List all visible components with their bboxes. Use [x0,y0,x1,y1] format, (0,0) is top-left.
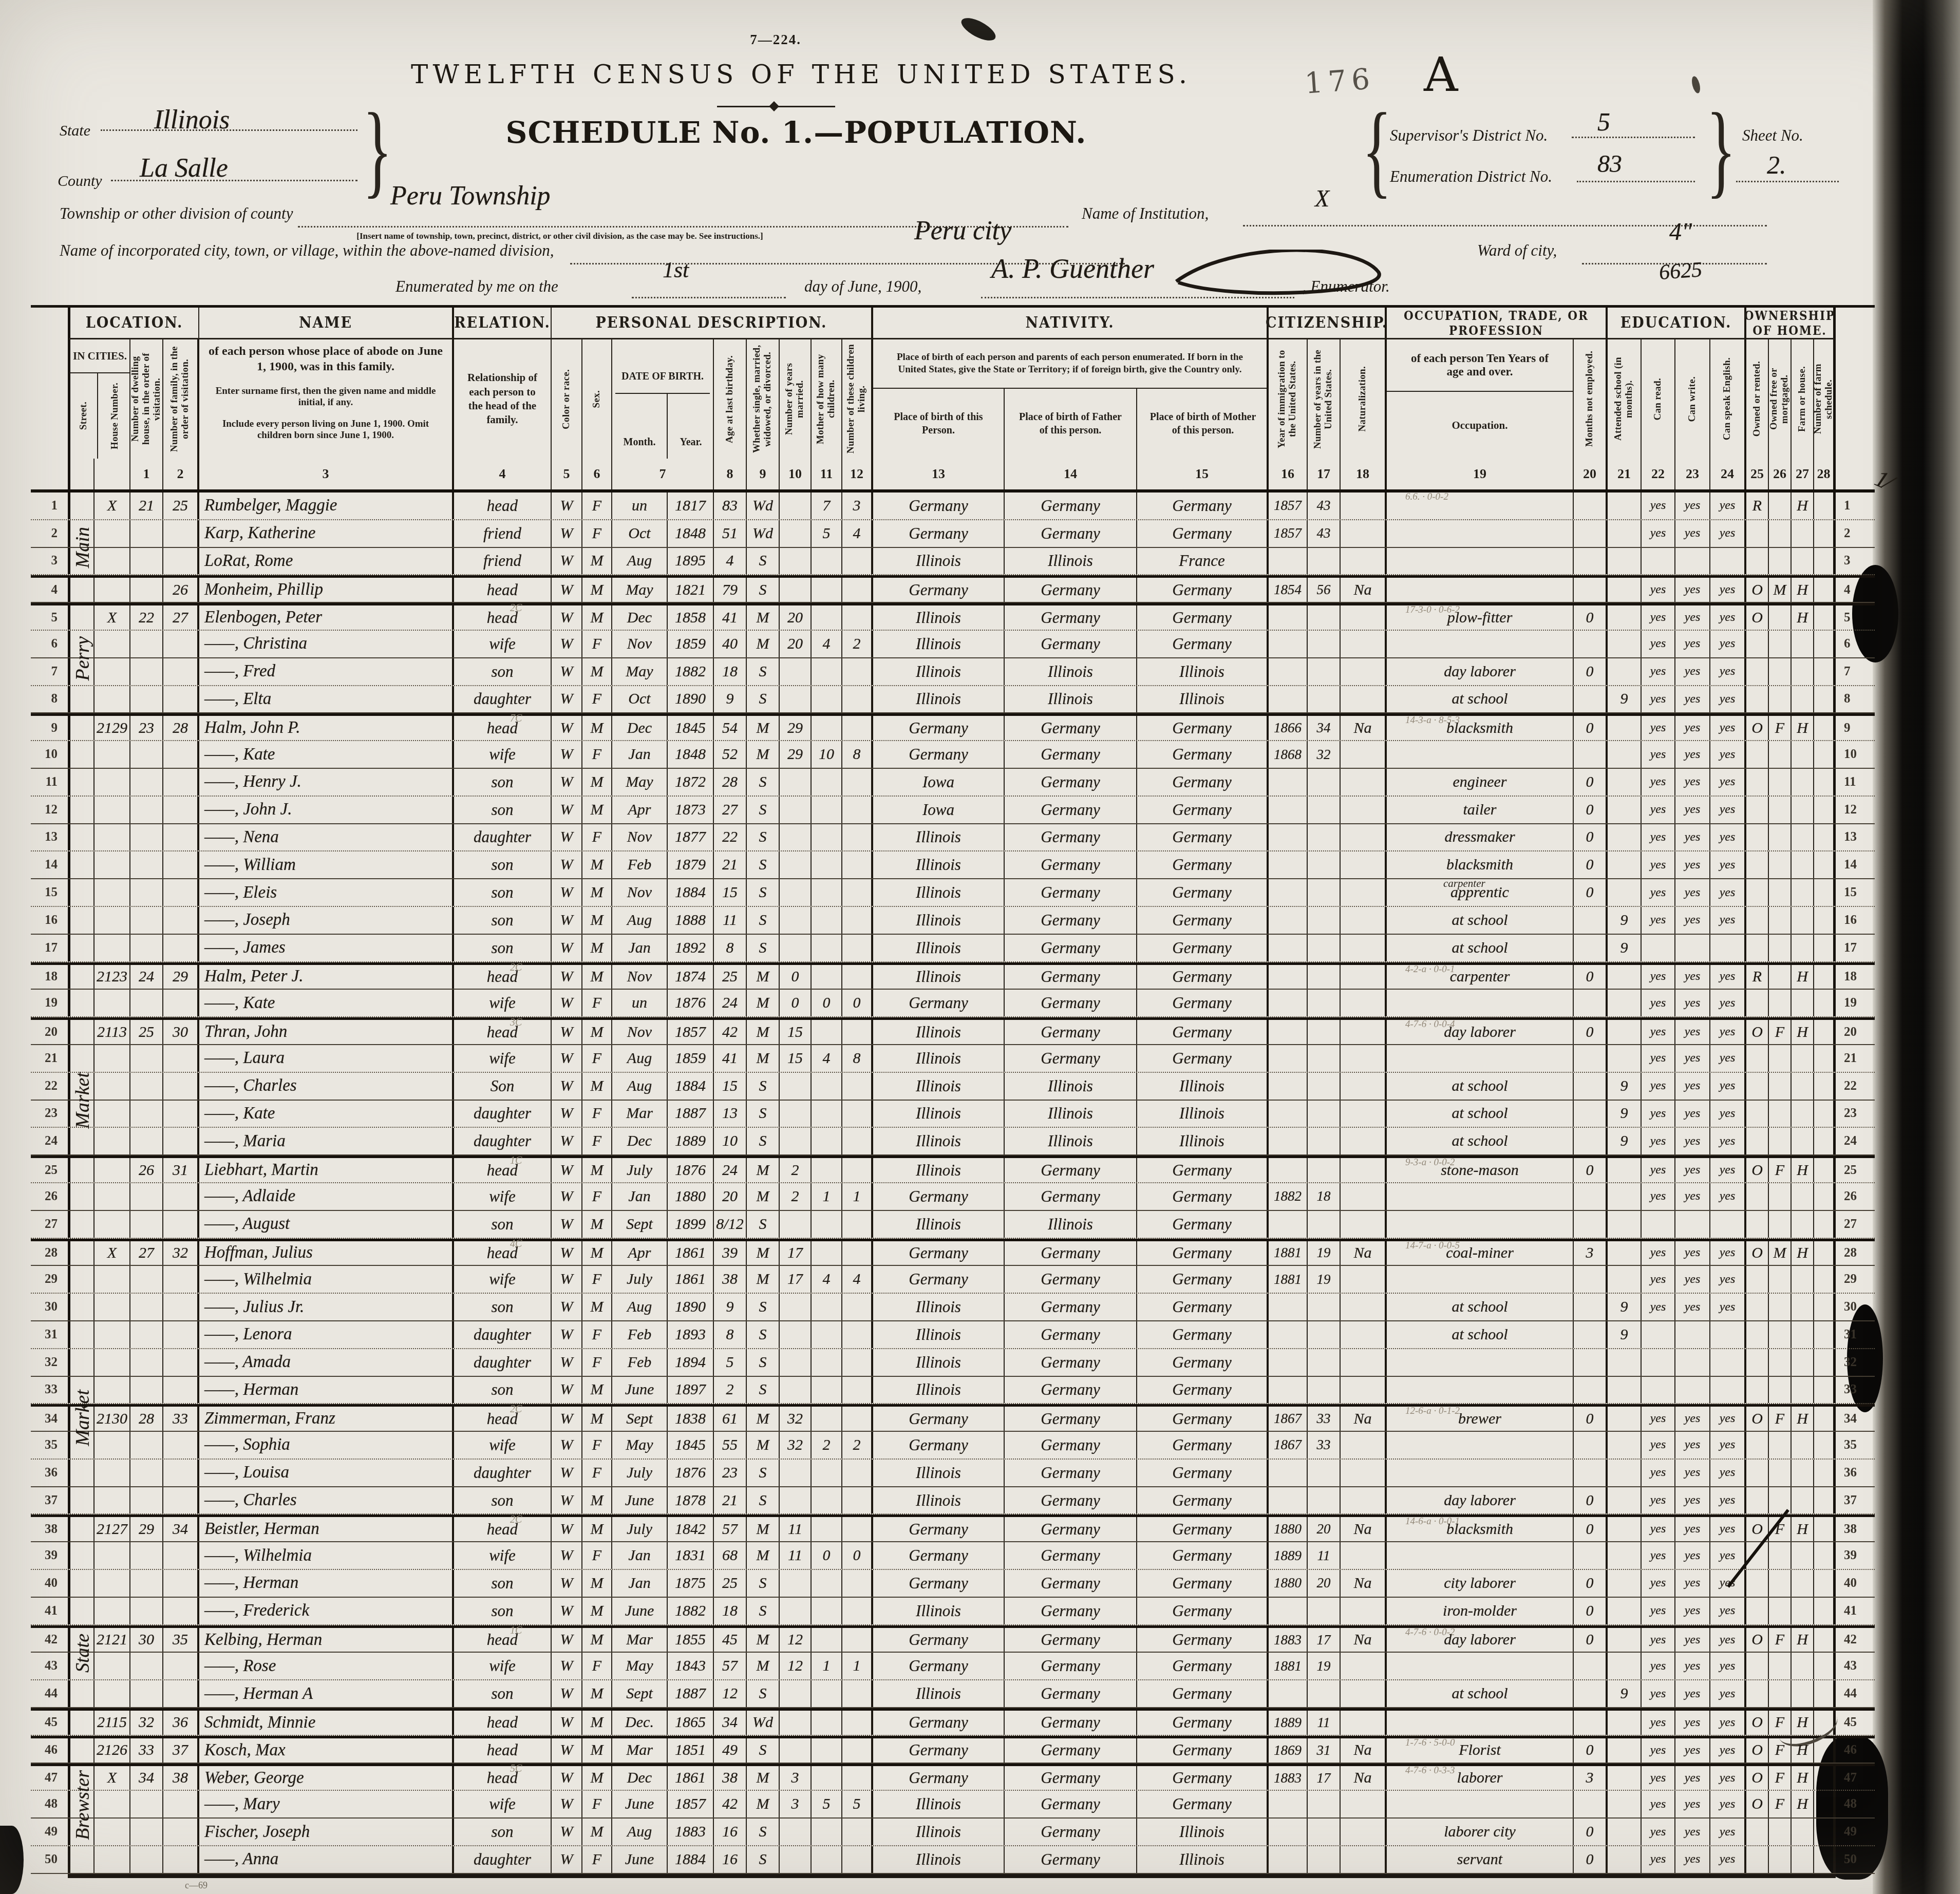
cell-mother-of [812,1020,842,1044]
cell-can-write: yes [1675,1738,1710,1763]
cell-race: W [552,741,582,768]
cell-occupation [1387,1791,1574,1817]
cell-farm-house [1792,1266,1814,1293]
cell-occupation: at school [1387,1101,1574,1127]
cell-can-read: yes [1642,879,1675,906]
cell-marital-status: S [747,1321,780,1348]
cell-mother-of [812,1211,842,1238]
cell-owned-rented: O [1746,1791,1769,1817]
cell-name: Halm, John P. [199,716,454,740]
cell-sex: M [582,935,612,961]
cell-mother-of [812,965,842,989]
cell-children-living [842,1128,873,1154]
cell-birth-month: un [612,990,668,1016]
cell-marital-status: M [747,1241,780,1265]
cell-street [68,1241,95,1265]
cell-relation: wife [454,741,552,768]
cell-pob-mother: Illinois [1137,1846,1269,1873]
cell-children-living [842,548,873,575]
cell-years-in-us: 33 [1308,1407,1341,1431]
cell-house-number [95,1128,130,1154]
cell-naturalization [1341,1711,1387,1735]
cell-relation: 2Chead [454,605,552,630]
cell-naturalization [1341,658,1387,685]
cell-birth-year: 1884 [668,1846,714,1873]
cell-age: 57 [714,1653,747,1679]
cell-mother-of [812,1321,842,1348]
cell-house-number [95,824,130,851]
cell-speaks-english: yes [1710,741,1746,768]
cell-speaks-english: yes [1710,1791,1746,1817]
col-mother-of-label: Mother of how many children. [812,339,841,459]
cell-race: W [552,1487,582,1514]
group-education: EDUCATION. [1608,308,1746,339]
cell-age: 61 [714,1407,747,1431]
cell-race: W [552,1020,582,1044]
cell-pob-mother: Germany [1137,1570,1269,1597]
cell-dwelling: 33 [130,1738,163,1763]
cell-years-married: 12 [780,1653,812,1679]
in-cities-label: IN CITIES. [70,339,129,373]
cell-street [68,935,95,961]
cell-age: 57 [714,1517,747,1541]
cell-owned-rented [1746,879,1769,906]
cell-dwelling [130,658,163,685]
cell-family [163,1791,199,1817]
cell-months-not-employed: 0 [1574,1158,1608,1182]
cell-speaks-english: yes [1710,1241,1746,1265]
cell-occupation: 9-3-a · 0-0-2stone-mason [1387,1158,1574,1182]
cell-pob-mother: Germany [1137,1266,1269,1293]
cell-dwelling [130,1598,163,1624]
cell-naturalization [1341,965,1387,989]
table-row: 19 ——, Kate wife W F un 1876 24 M 0 0 0 … [31,990,1875,1017]
cell-birth-month: May [612,769,668,796]
cell-marital-status: M [747,1653,780,1679]
cell-can-write: yes [1675,493,1710,519]
cell-age: 55 [714,1432,747,1459]
cell-free-mortgaged [1769,965,1792,989]
cell-pob-mother: Germany [1137,1542,1269,1569]
cell-farm-schedule [1814,1766,1836,1790]
cell-sex: F [582,824,612,851]
cell-children-living [842,1711,873,1735]
cell-occupation [1387,520,1574,547]
cell-relation: wife [454,1045,552,1072]
ornament-diamond [769,101,779,111]
cell-can-write [1675,1377,1710,1404]
cell-dwelling [130,797,163,823]
cell-marital-status: M [747,605,780,630]
cell-sex: M [582,1407,612,1431]
colnum: 4 [454,459,552,489]
cell-house-number [95,1294,130,1320]
cell-mother-of: 5 [812,520,842,547]
cell-relation: son [454,851,552,878]
cell-farm-house [1792,1183,1814,1210]
cell-years-in-us: 19 [1308,1653,1341,1679]
cell-birth-month: Nov [612,879,668,906]
cell-attended-school [1608,741,1642,768]
cell-pob-father: Illinois [1005,1211,1137,1238]
cell-race: W [552,1128,582,1154]
cell-marital-status: M [747,1158,780,1182]
cell-family: 27 [163,605,199,630]
cell-immigration-year [1269,658,1308,685]
cell-attended-school [1608,1266,1642,1293]
cell-farm-schedule [1814,879,1836,906]
cell-free-mortgaged [1769,1128,1792,1154]
cell-years-married: 29 [780,716,812,740]
cell-dwelling [130,1542,163,1569]
cell-occupation: 17-3-0 · 0-6-2plow-fitter [1387,605,1574,630]
cell-pob-mother: Germany [1137,1711,1269,1735]
cell-birth-year: 1876 [668,1158,714,1182]
cell-farm-schedule [1814,1460,1836,1486]
cell-age: 41 [714,1045,747,1072]
cell-age: 9 [714,1294,747,1320]
cell-relation: son [454,1570,552,1597]
cell-race: W [552,1321,582,1348]
cell-mother-of [812,1407,842,1431]
cell-race: W [552,1266,582,1293]
group-personal-description: PERSONAL DESCRIPTION. [552,308,873,339]
cell-marital-status: S [747,1738,780,1763]
cell-free-mortgaged [1769,1349,1792,1376]
cell-occupation: day laborer [1387,1487,1574,1514]
cell-mother-of [812,605,842,630]
cell-immigration-year: 1883 [1269,1628,1308,1652]
cell-name: ——, Herman [199,1377,454,1404]
cell-race: W [552,1598,582,1624]
cell-attended-school [1608,716,1642,740]
cell-pob-father: Germany [1005,1570,1137,1597]
cell-mother-of [812,658,842,685]
cell-age: 68 [714,1542,747,1569]
cell-marital-status: M [747,1432,780,1459]
cell-pob-mother: Illinois [1137,1073,1269,1100]
cell-birth-year: 1876 [668,990,714,1016]
cell-house-number [95,1598,130,1624]
cell-can-write [1675,1321,1710,1348]
cell-owned-rented [1746,1128,1769,1154]
cell-age: 54 [714,716,747,740]
cell-name: Weber, George [199,1766,454,1790]
cell-house-number: X [95,605,130,630]
cell-race: W [552,965,582,989]
cell-free-mortgaged: F [1769,1628,1792,1652]
cell-immigration-year [1269,631,1308,657]
cell-can-read: yes [1642,1711,1675,1735]
cell-mother-of: 1 [812,1653,842,1679]
cell-can-write: yes [1675,1294,1710,1320]
cell-naturalization [1341,520,1387,547]
cell-farm-house [1792,769,1814,796]
cell-marital-status: M [747,631,780,657]
cell-years-married [780,1377,812,1404]
cell-years-in-us: 11 [1308,1711,1341,1735]
cell-years-in-us [1308,879,1341,906]
cell-sex: M [582,797,612,823]
cell-years-in-us [1308,1020,1341,1044]
table-row: 10 ——, Kate wife W F Jan 1848 52 M 29 10… [31,741,1875,769]
cell-can-read: yes [1642,990,1675,1016]
cell-sex: F [582,1791,612,1817]
cell-birth-month: Nov [612,631,668,657]
cell-farm-house [1792,907,1814,934]
cell-dwelling [130,1653,163,1679]
cell-naturalization: Na [1341,1517,1387,1541]
cell-birth-month: Apr [612,1241,668,1265]
cell-speaks-english: yes [1710,1598,1746,1624]
cell-pob-mother: France [1137,548,1269,575]
cell-attended-school [1608,658,1642,685]
cell-marital-status: M [747,1266,780,1293]
cell-occupation: city laborer [1387,1570,1574,1597]
city-label: Name of incorporated city, town, or vill… [60,241,554,260]
cell-house-number [95,1377,130,1404]
table-row: 20 2113 25 30 Thran, John 3Chead W M Nov… [31,1017,1875,1045]
cell-mother-of: 0 [812,1542,842,1569]
cell-name: ——, Louisa [199,1460,454,1486]
cell-dwelling [130,769,163,796]
cell-years-married [780,548,812,575]
cell-can-write: yes [1675,1183,1710,1210]
cell-can-write: yes [1675,1791,1710,1817]
cell-attended-school: 9 [1608,907,1642,934]
cell-free-mortgaged [1769,990,1792,1016]
cell-free-mortgaged [1769,1570,1792,1597]
colnum: 14 [1005,459,1137,489]
cell-name: LoRat, Rome [199,548,454,575]
enumeration-day-value: 1st [663,257,689,283]
cell-family: 25 [163,493,199,519]
cell-years-married [780,1321,812,1348]
cell-mother-of [812,1460,842,1486]
ward-label: Ward of city, [1477,241,1557,260]
cell-naturalization [1341,548,1387,575]
cell-pob: Illinois [873,824,1005,851]
cell-occupation: 6.6. · 0-0-2 [1387,493,1574,519]
cell-occupation [1387,631,1574,657]
sheet-no-label: Sheet No. [1742,126,1803,145]
cell-years-married [780,1846,812,1873]
cell-farm-house [1792,1321,1814,1348]
cell-marital-status: S [747,1073,780,1100]
cell-owned-rented: O [1746,1158,1769,1182]
ink-smudge [958,13,998,45]
cell-farm-house [1792,1349,1814,1376]
cell-farm-schedule [1814,1101,1836,1127]
cell-family [163,851,199,878]
cell-farm-schedule [1814,824,1836,851]
cell-free-mortgaged [1769,658,1792,685]
cell-can-write [1675,935,1710,961]
cell-house-number [95,1266,130,1293]
group-nativity: NATIVITY. [873,308,1269,339]
cell-marital-status: S [747,1570,780,1597]
cell-immigration-year [1269,1349,1308,1376]
colnum: 23 [1675,459,1710,489]
cell-naturalization [1341,1377,1387,1404]
table-body: 1 X 21 25 Rumbelger, Maggie head W F un … [31,493,1875,1874]
cell-dwelling [130,548,163,575]
cell-relation: daughter [454,1321,552,1348]
cell-pob-father: Germany [1005,1711,1137,1735]
col-read-label: Can read. [1642,339,1674,459]
cell-family [163,1598,199,1624]
cell-immigration-year: 1867 [1269,1407,1308,1431]
cell-immigration-year [1269,1487,1308,1514]
cell-age: 8/12 [714,1211,747,1238]
cell-house-number: X [95,1766,130,1790]
cell-farm-house [1792,1294,1814,1320]
cell-farm-house [1792,935,1814,961]
cell-years-in-us: 17 [1308,1628,1341,1652]
cell-mother-of [812,935,842,961]
cell-years-in-us: 33 [1308,1432,1341,1459]
cell-immigration-year [1269,1073,1308,1100]
cell-street [68,907,95,934]
colnum: 3 [199,459,454,489]
brace-sheet: } [1706,98,1736,202]
cell-pob-father: Germany [1005,1266,1137,1293]
cell-farm-house: H [1792,1766,1814,1790]
cell-immigration-year [1269,548,1308,575]
cell-months-not-employed: 0 [1574,605,1608,630]
cell-occupation: dressmaker [1387,824,1574,851]
cell-birth-year: 1872 [668,769,714,796]
cell-sex: M [582,1598,612,1624]
cell-years-in-us [1308,1128,1341,1154]
cell-race: W [552,1073,582,1100]
cell-can-read: yes [1642,1517,1675,1541]
cell-house-number [95,1819,130,1845]
cell-attended-school: 9 [1608,1294,1642,1320]
cell-dwelling: 29 [130,1517,163,1541]
cell-dwelling [130,1294,163,1320]
cell-family [163,1073,199,1100]
cell-house-number: 2115 [95,1711,130,1735]
cell-months-not-employed: 0 [1574,1570,1608,1597]
cell-can-read: yes [1642,1241,1675,1265]
cell-farm-schedule [1814,1407,1836,1431]
cell-naturalization [1341,1101,1387,1127]
cell-farm-schedule [1814,1517,1836,1541]
cell-owned-rented: O [1746,578,1769,602]
cell-children-living [842,658,873,685]
cell-race: W [552,824,582,851]
cell-mother-of [812,1711,842,1735]
cell-pob-father: Germany [1005,1766,1137,1790]
cell-attended-school [1608,1711,1642,1735]
cell-free-mortgaged [1769,797,1792,823]
cell-children-living [842,716,873,740]
cell-farm-house [1792,1846,1814,1873]
cell-immigration-year [1269,965,1308,989]
cell-months-not-employed [1574,1045,1608,1072]
cell-occupation: 4-2-a · 0-0-1carpenter [1387,965,1574,989]
cell-months-not-employed [1574,1266,1608,1293]
cell-farm-schedule [1814,578,1836,602]
cell-years-in-us [1308,1294,1341,1320]
cell-farm-schedule [1814,1819,1836,1845]
cell-house-number [95,1211,130,1238]
cell-children-living [842,686,873,713]
cell-dwelling [130,1183,163,1210]
cell-pob-mother: Germany [1137,1377,1269,1404]
cell-marital-status: S [747,1846,780,1873]
cell-months-not-employed: 0 [1574,965,1608,989]
cell-can-read [1642,548,1675,575]
cell-attended-school [1608,1570,1642,1597]
schedule-title: SCHEDULE No. 1.—POPULATION. [483,115,1109,150]
cell-pob-father: Germany [1005,578,1137,602]
census-table: LOCATION. NAME RELATION. PERSONAL DESCRI… [31,305,1875,1889]
cell-sex: F [582,1349,612,1376]
cell-free-mortgaged: F [1769,1020,1792,1044]
cell-can-write: yes [1675,1101,1710,1127]
cell-race: W [552,797,582,823]
cell-pob-mother: Germany [1137,1460,1269,1486]
cell-relation: son [454,1294,552,1320]
cell-free-mortgaged [1769,1542,1792,1569]
cell-years-in-us [1308,797,1341,823]
cell-naturalization: Na [1341,1570,1387,1597]
col-month-label: Month. [612,394,668,459]
cell-family [163,824,199,851]
cell-dwelling [130,1377,163,1404]
cell-sex: M [582,1073,612,1100]
cell-marital-status: M [747,741,780,768]
cell-race: W [552,1211,582,1238]
cell-race: W [552,1542,582,1569]
cell-children-living [842,1101,873,1127]
col-months-not-employed-label: Months not employed. [1574,339,1606,459]
cell-pob-mother: Germany [1137,578,1269,602]
cell-birth-year: 1888 [668,907,714,934]
cell-attended-school [1608,1542,1642,1569]
cell-birth-month: Dec [612,716,668,740]
cell-months-not-employed: 0 [1574,1738,1608,1763]
col-free-mortgaged-label: Owned free or mortgaged. [1769,339,1791,459]
cell-speaks-english: yes [1710,1101,1746,1127]
col-owned-label: Owned or rented. [1746,339,1768,459]
cell-mother-of [812,1766,842,1790]
cell-attended-school [1608,1183,1642,1210]
cell-family: 26 [163,578,199,602]
cell-name: ——, Charles [199,1487,454,1514]
cell-farm-schedule [1814,1128,1836,1154]
cell-can-read: yes [1642,493,1675,519]
cell-age: 21 [714,851,747,878]
cell-age: 11 [714,907,747,934]
cell-children-living [842,824,873,851]
cell-relation: son [454,1377,552,1404]
cell-can-write: yes [1675,1158,1710,1182]
cell-relation: wife [454,1653,552,1679]
cell-birth-month: Jan [612,1542,668,1569]
cell-marital-status: M [747,1183,780,1210]
cell-birth-month: Feb [612,1349,668,1376]
cell-pob-mother: Germany [1137,1766,1269,1790]
table-row: 48 ——, Mary wife W F June 1857 42 M 3 5 … [31,1791,1875,1819]
enumerator-label: , Enumerator. [1303,277,1390,296]
cell-farm-schedule [1814,1349,1836,1376]
cell-free-mortgaged: F [1769,1407,1792,1431]
cell-farm-schedule [1814,1020,1836,1044]
cell-house-number: 2113 [95,1020,130,1044]
